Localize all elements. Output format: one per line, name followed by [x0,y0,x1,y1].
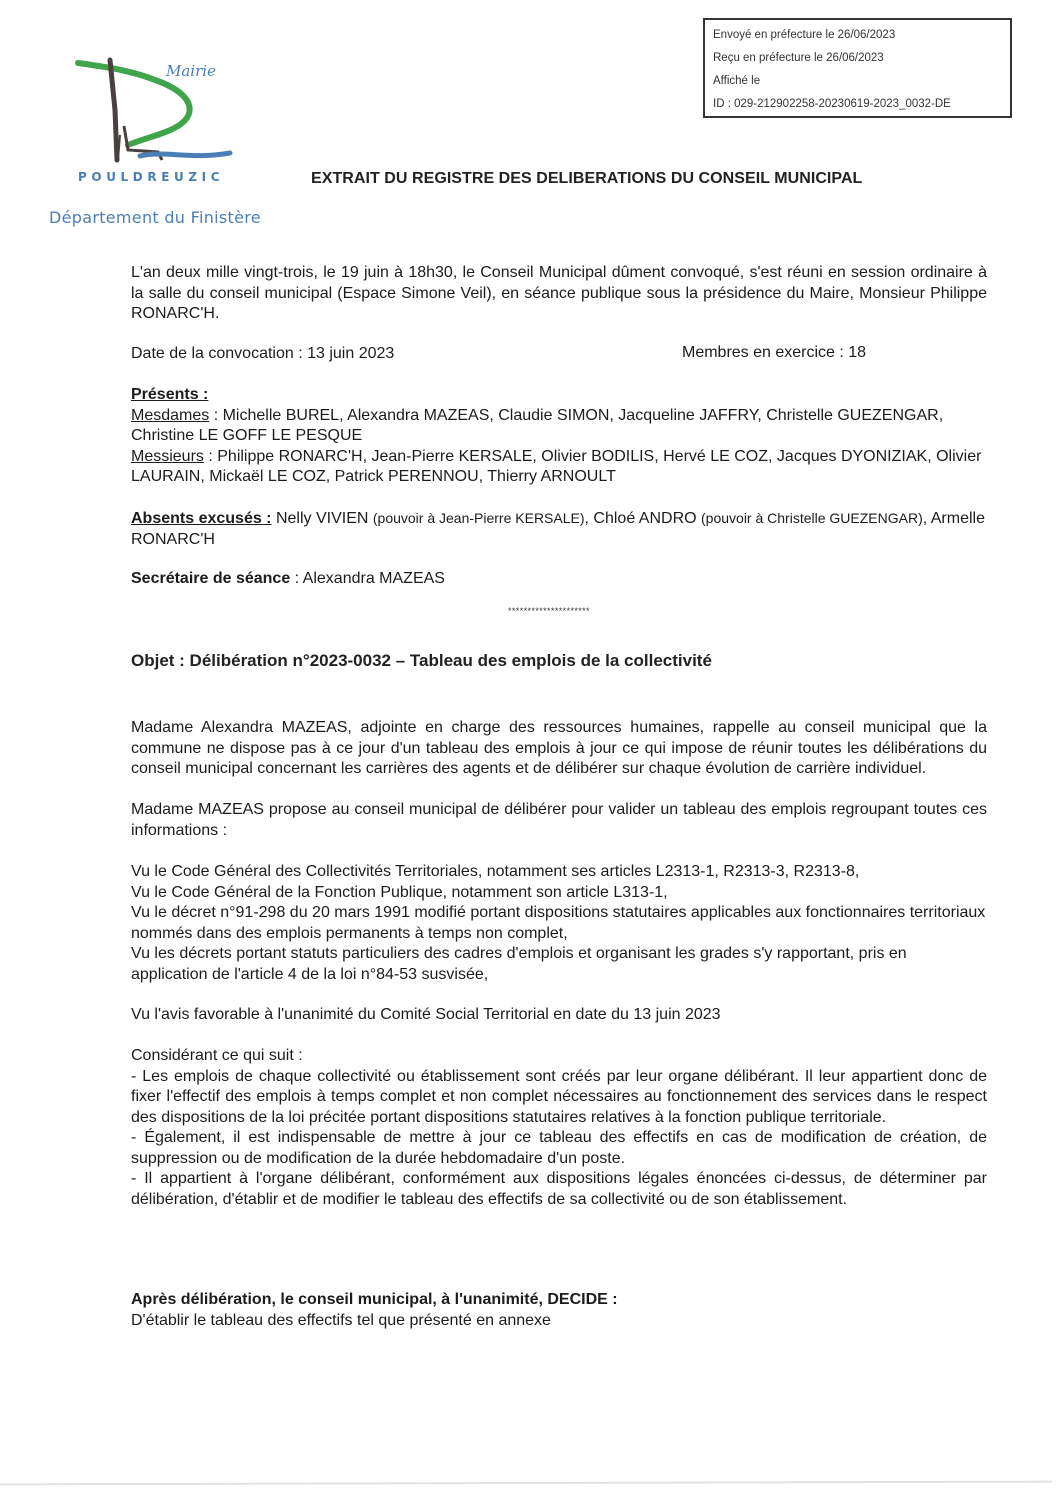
prefecture-stamp: Envoyé en préfecture le 26/06/2023 Reçu … [703,18,1012,118]
considerant-item: - Également, il est indispensable de met… [131,1128,987,1169]
messieurs-label: Messieurs [131,448,204,465]
absent-section: Absents excusés : Nelly VIVIEN (pouvoir … [131,508,987,550]
page-edge-line [0,1481,1052,1486]
members-count: Membres en exercice : 18 [682,344,866,362]
considerant-label: Considérant ce qui suit : [131,1046,987,1067]
stamp-received: Reçu en préfecture le 26/06/2023 [713,47,1002,70]
considerant-item: - Il appartient à l'organe délibérant, c… [131,1169,987,1210]
vu-item: Vu le décret n°91-298 du 20 mars 1991 mo… [131,903,987,944]
avis-line: Vu l'avis favorable à l'unanimité du Com… [131,1005,987,1026]
vu-item: Vu le Code Général des Collectivités Ter… [131,862,987,883]
considerant-item: - Les emplois de chaque collectivité ou … [131,1067,987,1129]
mesdames-label: Mesdames [131,407,209,424]
mairie-logo-icon: Mairie [60,50,250,175]
secretary-name: : Alexandra MAZEAS [290,570,445,587]
mesdames-line: Mesdames : Michelle BUREL, Alexandra MAZ… [131,406,987,447]
absent-2: , Chloé ANDRO [585,510,701,527]
decision-text: D'établir le tableau des effectifs tel q… [131,1311,987,1332]
absent-2-proxy: (pouvoir à Christelle GUEZENGAR) [701,510,923,526]
considerant-section: Considérant ce qui suit : - Les emplois … [131,1046,987,1210]
svg-text:Mairie: Mairie [165,62,216,80]
deliberation-p1: Madame Alexandra MAZEAS, adjointe en cha… [131,718,987,780]
absent-1-proxy: (pouvoir à Jean-Pierre KERSALE) [373,510,585,526]
separator: ********************* [508,606,590,616]
mesdames-list: : Michelle BUREL, Alexandra MAZEAS, Clau… [131,407,943,445]
stamp-id: ID : 029-212902258-20230619-2023_0032-DE [713,93,1002,116]
vu-item: Vu les décrets portant statuts particuli… [131,944,987,985]
stamp-posted: Affiché le [713,70,1002,93]
deliberation-object: Objet : Délibération n°2023-0032 – Table… [131,651,712,671]
vu-item: Vu le Code Général de la Fonction Publiq… [131,883,987,904]
vu-list: Vu le Code Général des Collectivités Ter… [131,862,987,985]
secretary-label: Secrétaire de séance [131,570,290,587]
decision-label: Après délibération, le conseil municipal… [131,1290,987,1311]
messieurs-list: : Philippe RONARC'H, Jean-Pierre KERSALE… [131,448,981,486]
stamp-sent: Envoyé en préfecture le 26/06/2023 [713,24,1002,47]
document-title: EXTRAIT DU REGISTRE DES DELIBERATIONS DU… [311,170,862,188]
town-name: POULDREUZIC [78,170,224,184]
messieurs-line: Messieurs : Philippe RONARC'H, Jean-Pier… [131,447,987,488]
present-label: Présents : [131,385,987,406]
absent-1: Nelly VIVIEN [272,510,373,527]
decision-section: Après délibération, le conseil municipal… [131,1290,987,1331]
intro-paragraph: L'an deux mille vingt-trois, le 19 juin … [131,263,987,325]
absent-label: Absents excusés : [131,510,272,527]
deliberation-p2: Madame MAZEAS propose au conseil municip… [131,800,987,841]
attendance-section: Présents : Mesdames : Michelle BUREL, Al… [131,385,987,488]
department-name: Département du Finistère [49,208,261,227]
secretary-line: Secrétaire de séance : Alexandra MAZEAS [131,569,987,590]
